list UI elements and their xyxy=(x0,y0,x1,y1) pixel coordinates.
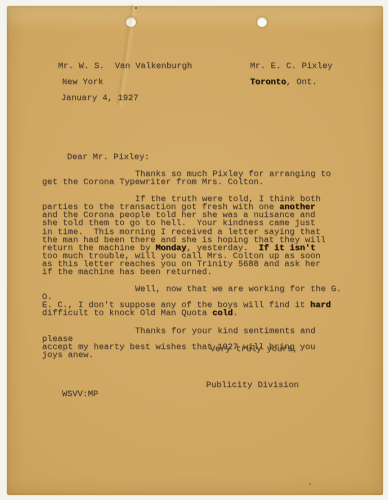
paper-speck xyxy=(135,7,137,9)
punch-hole-right xyxy=(257,17,267,27)
paragraph-3: Well, now that we are working for the G.… xyxy=(42,285,348,317)
recipient-name: Mr. E. C. Pixley xyxy=(250,58,333,74)
letter-date: January 4, 1927 xyxy=(58,90,192,106)
closing-valediction: Very truly yours, xyxy=(210,344,298,354)
signature-line: Publicity Division xyxy=(206,380,299,390)
recipient-block: Mr. E. C. Pixley Toronto, Ont. xyxy=(250,58,333,90)
paper-speck xyxy=(309,483,311,485)
recipient-city: Toronto, Ont. xyxy=(250,74,333,90)
letter-body: Thanks so much Pixley for arranging to g… xyxy=(42,170,348,368)
sender-city: New York xyxy=(58,74,192,90)
scanned-letter: Mr. W. S. Van Valkenburgh New York Janua… xyxy=(0,0,388,500)
sender-block: Mr. W. S. Van Valkenburgh New York Janua… xyxy=(58,58,192,106)
sender-name: Mr. W. S. Van Valkenburgh xyxy=(58,58,192,74)
paragraph-4: Thanks for your kind sentiments and plea… xyxy=(42,327,348,359)
reference-initials: WSVV:MP xyxy=(62,389,98,399)
paragraph-2: If the truth were told, I think both par… xyxy=(42,195,348,276)
paragraph-1: Thanks so much Pixley for arranging to g… xyxy=(42,170,348,186)
punch-hole-left xyxy=(126,17,136,27)
salutation: Dear Mr. Pixley: xyxy=(67,152,150,162)
